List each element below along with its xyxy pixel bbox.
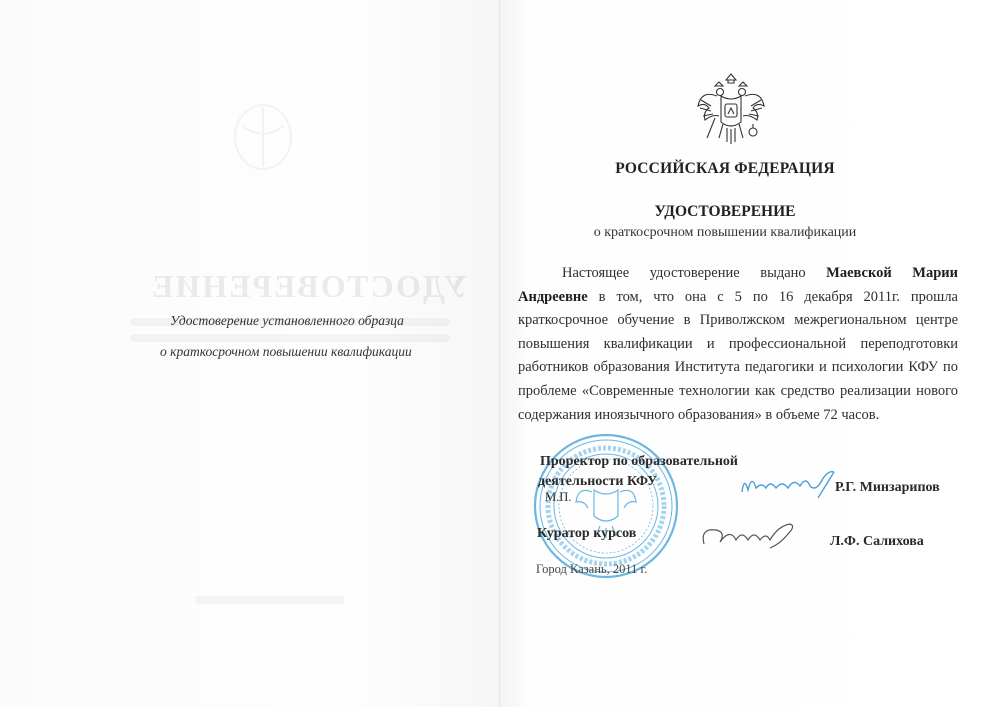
ghost-line: [195, 596, 345, 604]
certificate-title: УДОСТОВЕРЕНИЕ: [590, 203, 860, 221]
ghost-title: УДОСТОВЕРЕНИЕ: [150, 268, 467, 305]
federation-heading: РОССИЙСКАЯ ФЕДЕРАЦИЯ: [590, 160, 860, 178]
body-text: в том, что она с 5 по 16 декабря 2011г. …: [518, 289, 958, 423]
ghost-line: [130, 334, 450, 342]
signer-curator-name: Л.Ф. Салихова: [830, 534, 924, 550]
left-caption-line1: Удостоверение установленного образца: [170, 313, 404, 329]
signer-prorector-name: Р.Г. Минзарипов: [835, 480, 940, 496]
body-intro: Настоящее удостоверение выдано: [562, 265, 806, 281]
seal-label: М.П.: [545, 490, 571, 505]
certificate-body: Настоящее удостоверение выдано Маевской …: [518, 262, 958, 427]
role-prorector-line1: Проректор по образовательной: [540, 454, 738, 470]
left-caption-line2: о краткосрочном повышении квалификации: [160, 344, 412, 360]
signature-curator: [700, 518, 800, 552]
role-curator: Куратор курсов: [537, 526, 636, 542]
ghost-emblem-icon: [228, 95, 298, 175]
left-page: УДОСТОВЕРЕНИЕ Удостоверение установленно…: [0, 0, 500, 707]
certificate-subtitle: о краткосрочном повышении квалификации: [560, 225, 890, 241]
city-year: Город Казань, 2011 г.: [536, 562, 647, 577]
russian-coat-of-arms-icon: [695, 72, 767, 148]
signature-prorector: [738, 468, 838, 502]
role-prorector-line2: деятельности КФУ: [538, 474, 657, 490]
